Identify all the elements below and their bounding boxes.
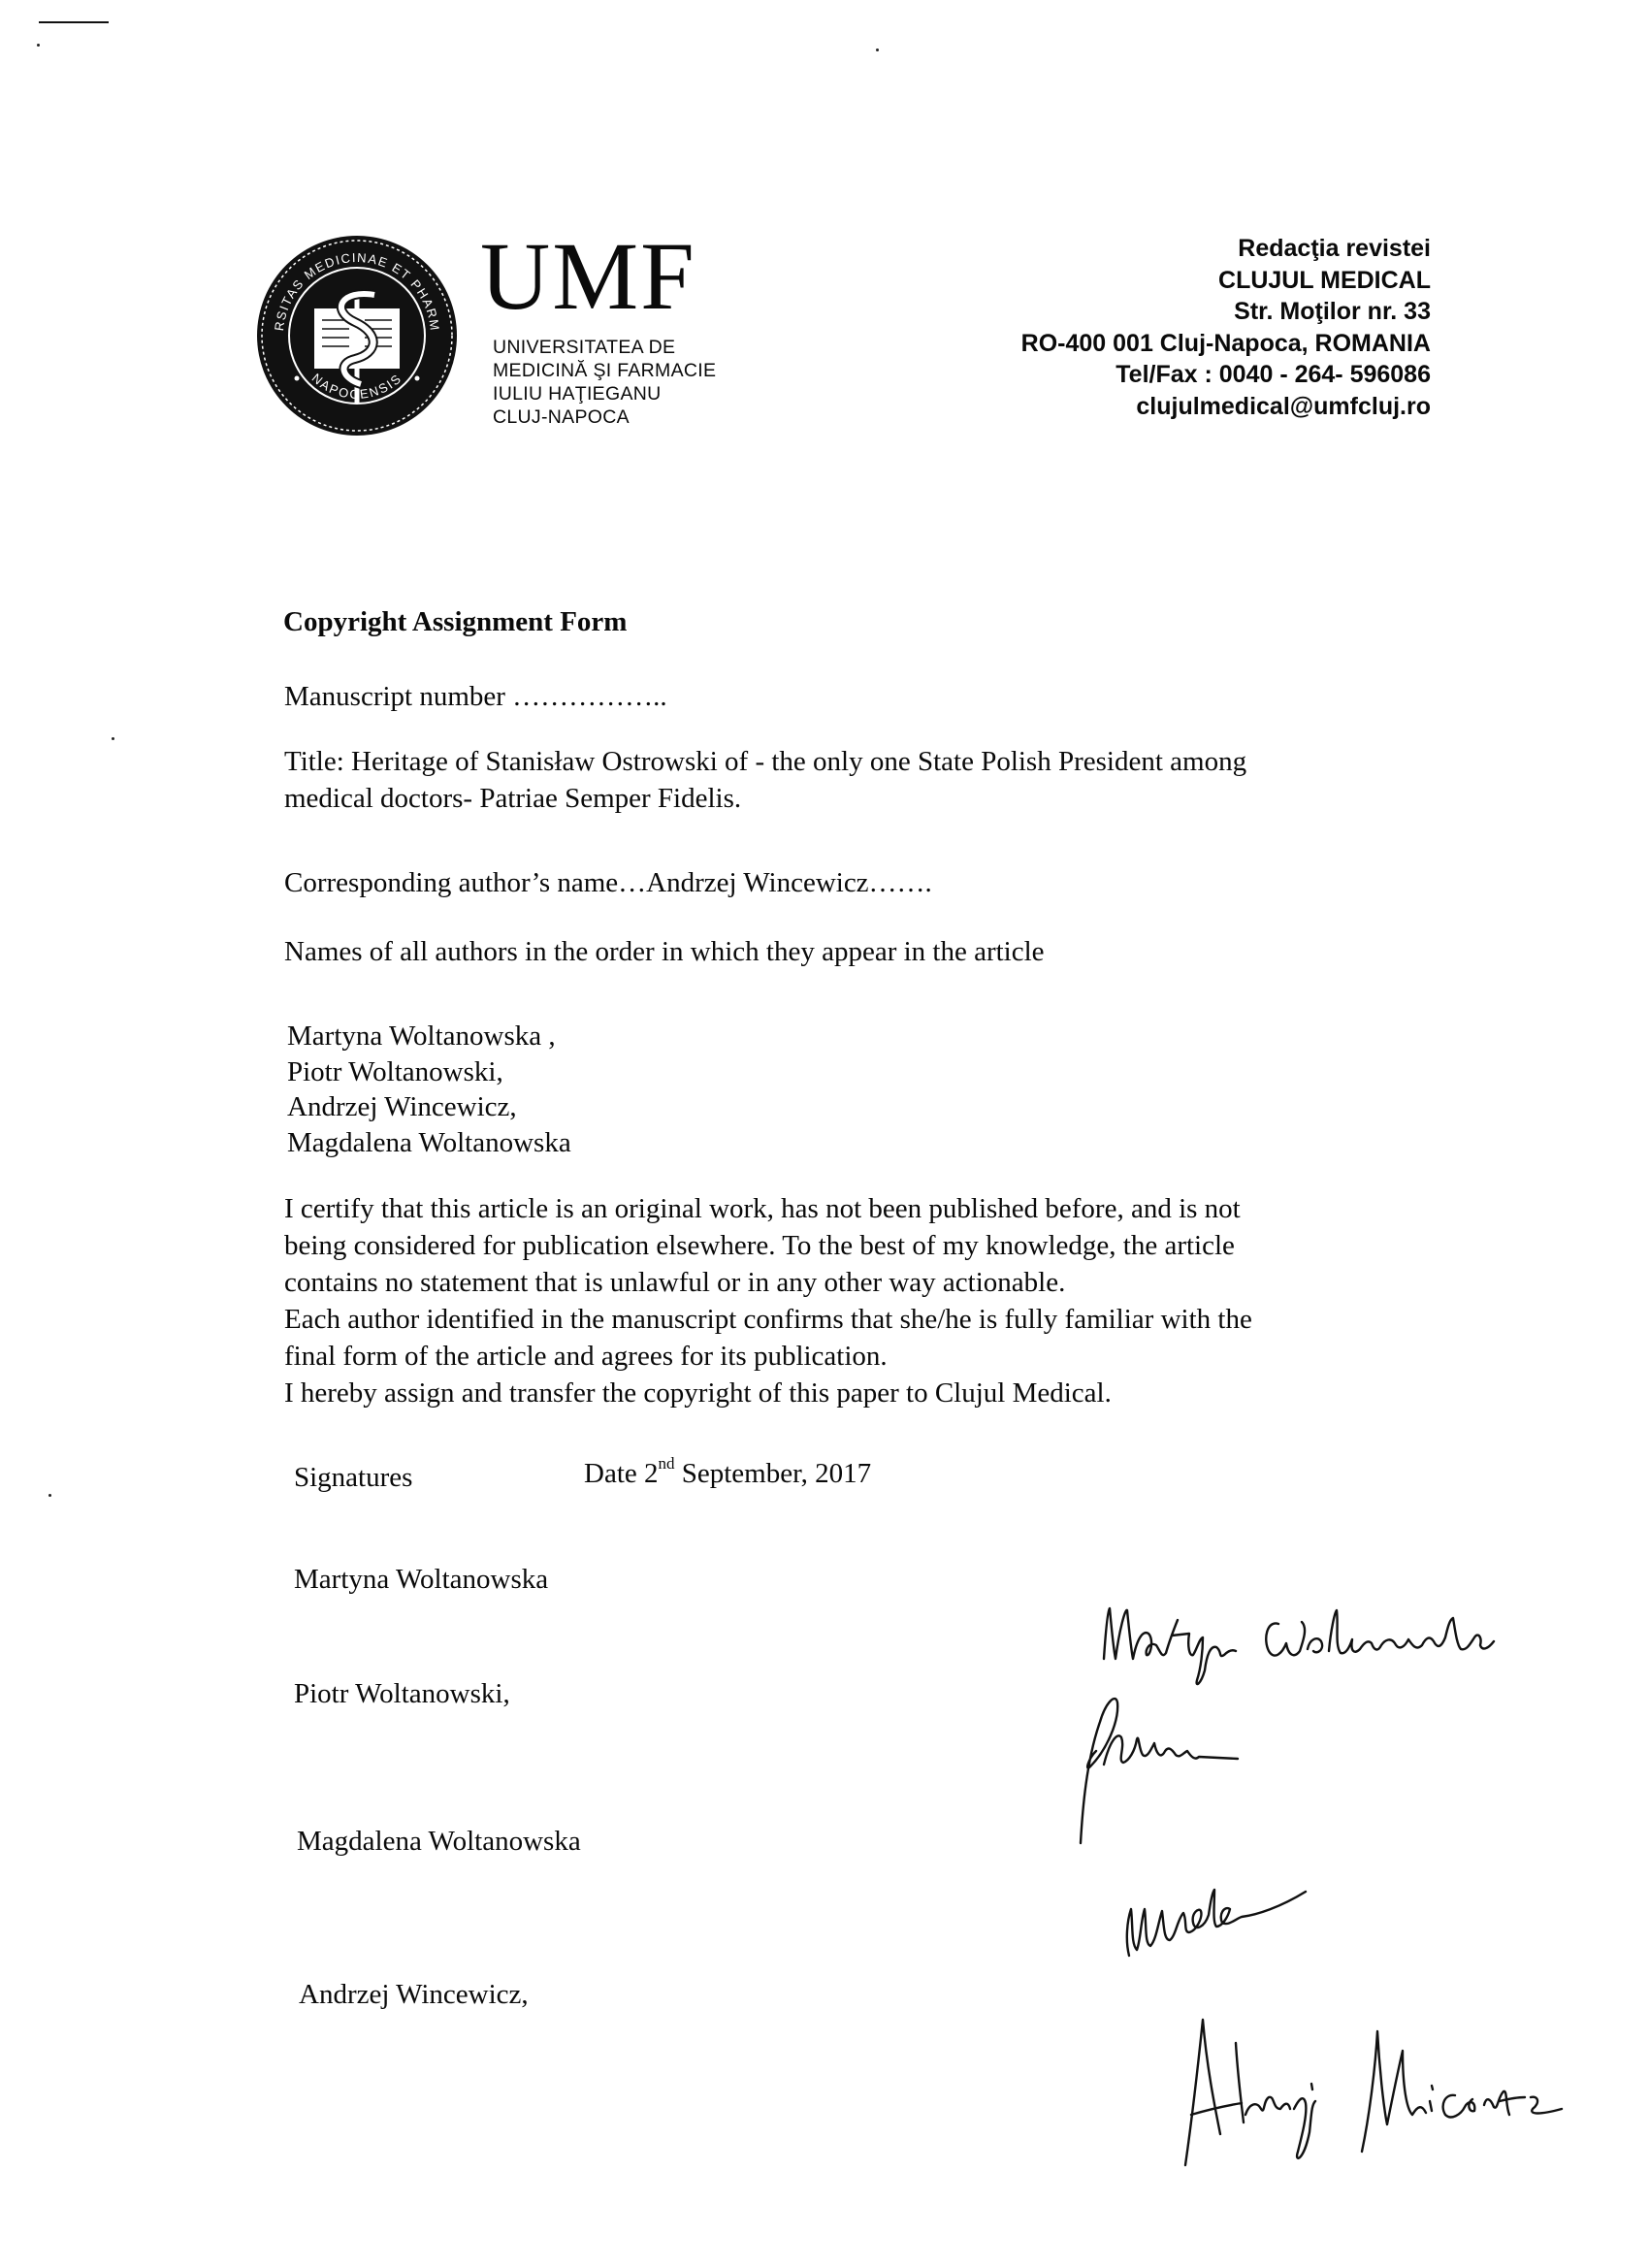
manuscript-number-field[interactable]: …………….. [512, 681, 667, 712]
address-line: CLUJUL MEDICAL [1021, 265, 1431, 297]
umf-acronym: UMF [480, 228, 696, 325]
signatory-name: Magdalena Woltanowska [297, 1826, 581, 1858]
handwritten-signature-piotr-woltanowski [1067, 1683, 1397, 1858]
address-line: Redacţia revistei [1021, 233, 1431, 265]
author-item: Martyna Woltanowska , [287, 1019, 571, 1054]
handwritten-signature-andrzej-wincewicz [1164, 2008, 1610, 2173]
signatory-name: Piotr Woltanowski, [294, 1678, 510, 1710]
journal-address: Redacţia revistei CLUJUL MEDICAL Str. Mo… [1021, 233, 1431, 422]
authors-label: Names of all authors in the order in whi… [284, 936, 1045, 968]
university-name-line: CLUJ-NAPOCA [493, 405, 716, 429]
certification-line: I hereby assign and transfer the copyrig… [284, 1375, 1252, 1411]
university-name: UNIVERSITATEA DE MEDICINĂ ŞI FARMACIE IU… [493, 336, 716, 429]
author-item: Magdalena Woltanowska [287, 1125, 571, 1161]
certification-statement: I certify that this article is an origin… [284, 1190, 1252, 1411]
manuscript-number-row: Manuscript number …………….. [284, 681, 667, 713]
scan-speck [876, 49, 879, 51]
handwritten-signature-magdalena-woltanowska [1115, 1863, 1426, 1969]
certification-line: I certify that this article is an origin… [284, 1190, 1252, 1227]
university-name-line: IULIU HAŢIEGANU [493, 382, 716, 405]
handwritten-signature-martyna-woltanowska [1096, 1591, 1639, 1688]
title-field: Title: Heritage of Stanisław Ostrowski o… [284, 743, 1246, 817]
certification-line: final form of the article and agrees for… [284, 1338, 1252, 1375]
email-link[interactable]: clujulmedical@umfcluj.ro [1021, 391, 1431, 423]
scan-speck [37, 44, 40, 47]
title-line: Title: Heritage of Stanisław Ostrowski o… [284, 743, 1246, 780]
manuscript-number-label: Manuscript number [284, 681, 505, 712]
scan-speck [112, 737, 114, 740]
university-name-line: UNIVERSITATEA DE [493, 336, 716, 359]
address-line: RO-400 001 Cluj-Napoca, ROMANIA [1021, 328, 1431, 360]
address-line: Tel/Fax : 0040 - 264- 596086 [1021, 359, 1431, 391]
form-heading: Copyright Assignment Form [283, 606, 627, 638]
scan-artifact-line [39, 21, 109, 23]
signing-date: Date 2nd September, 2017 [584, 1458, 871, 1490]
certification-line: contains no statement that is unlawful o… [284, 1264, 1252, 1301]
author-item: Piotr Woltanowski, [287, 1054, 571, 1090]
author-item: Andrzej Wincewicz, [287, 1089, 571, 1125]
signatory-name: Andrzej Wincewicz, [299, 1979, 529, 2011]
scan-speck [48, 1494, 51, 1497]
signatures-label: Signatures [294, 1462, 412, 1494]
certification-line: Each author identified in the manuscript… [284, 1301, 1252, 1338]
signatory-name: Martyna Woltanowska [294, 1564, 548, 1596]
university-seal-icon: UNIVERSITAS MEDICINAE ET PHARMACIAE NAPO… [254, 233, 460, 438]
corresponding-author-field: Corresponding author’s name…Andrzej Winc… [284, 867, 932, 899]
address-line: Str. Moţilor nr. 33 [1021, 296, 1431, 328]
authors-list: Martyna Woltanowska , Piotr Woltanowski,… [287, 1019, 571, 1160]
certification-line: being considered for publication elsewhe… [284, 1227, 1252, 1264]
university-name-line: MEDICINĂ ŞI FARMACIE [493, 359, 716, 382]
title-line: medical doctors- Patriae Semper Fidelis. [284, 780, 1246, 817]
